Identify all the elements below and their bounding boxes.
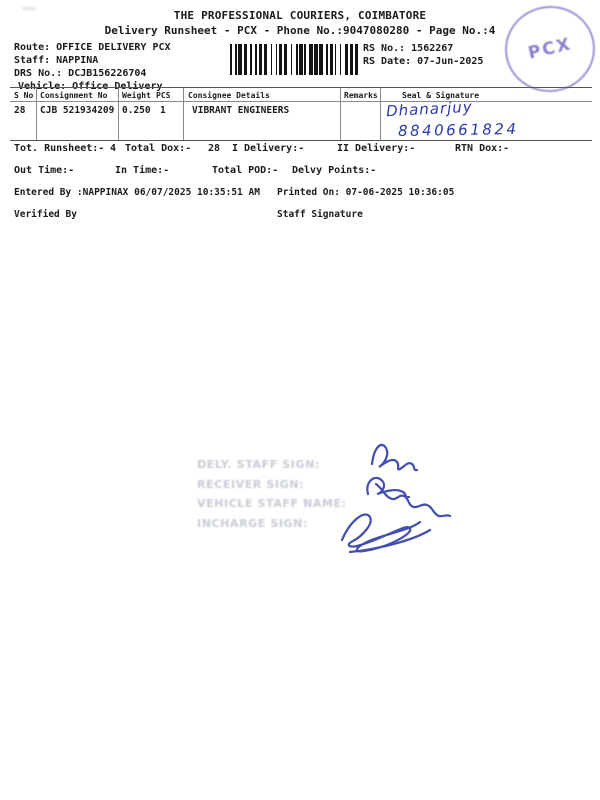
barcode (230, 44, 358, 75)
cell-weight: 0.250 (122, 105, 151, 116)
table-divider (118, 88, 119, 140)
runsheet-document: THE PROFESSIONAL COURIERS, COIMBATORE De… (0, 0, 600, 800)
handwritten-phone-number: 8840661824 (398, 120, 519, 140)
signature-stroke-diagonal (376, 484, 450, 516)
tot-runsheet-label: Tot. Runsheet:- (14, 143, 104, 154)
table-header-divider (10, 101, 592, 102)
rtn-dox-label: RTN Dox:- (455, 143, 509, 154)
delvy-points-label: Delvy Points:- (292, 165, 376, 176)
verified-by-label: Verified By (14, 209, 77, 220)
staff-signature-label: Staff Signature (277, 209, 363, 220)
pcx-stamp-text: PCX (526, 34, 573, 63)
table-divider (36, 88, 37, 140)
col-header-remarks: Remarks (344, 91, 378, 100)
signature-stroke-flourish (342, 514, 420, 551)
table-divider (380, 88, 381, 140)
barcode-bar (355, 44, 358, 75)
staff-line: Staff: NAPPINA (14, 55, 98, 66)
tot-runsheet-value: 4 (110, 143, 116, 154)
cell-pcs: 1 (160, 105, 166, 116)
cell-consignee: VIBRANT ENGINEERS (192, 105, 289, 116)
cell-consignment: CJB 521934209 (40, 105, 114, 116)
total-pod-label: Total POD:- (212, 165, 278, 176)
col-header-pcs: PCS (156, 91, 170, 100)
drs-line: DRS No.: DCJB156226704 (14, 68, 146, 79)
signature-stroke-mid (367, 478, 409, 497)
entered-by-line: Entered By :NAPPINAX 06/07/2025 10:35:51… (14, 187, 260, 198)
total-dox-label: Total Dox:- (125, 143, 191, 154)
table-divider (183, 88, 184, 140)
signature-stroke-top (372, 445, 417, 470)
col-header-weight: Weight (122, 91, 151, 100)
total-dox-value: 28 (208, 143, 220, 154)
col-header-sno: S No (14, 91, 33, 100)
col-header-consignment: Consignment No (40, 91, 107, 100)
rs-date-line: RS Date: 07-Jun-2025 (363, 56, 483, 67)
page-title: THE PROFESSIONAL COURIERS, COIMBATORE (0, 9, 600, 22)
col-header-consignee: Consignee Details (188, 91, 270, 100)
signature-scribbles (320, 418, 470, 558)
cell-sno: 28 (14, 105, 25, 116)
route-line: Route: OFFICE DELIVERY PCX (14, 42, 171, 53)
printed-on-line: Printed On: 07-06-2025 10:36:05 (277, 187, 454, 198)
out-time-label: Out Time:- (14, 165, 74, 176)
in-time-label: In Time:- (115, 165, 169, 176)
i-delivery-label: I Delivery:- (232, 143, 304, 154)
table-divider (340, 88, 341, 140)
ii-delivery-label: II Delivery:- (337, 143, 415, 154)
rs-no-line: RS No.: 1562267 (363, 43, 453, 54)
